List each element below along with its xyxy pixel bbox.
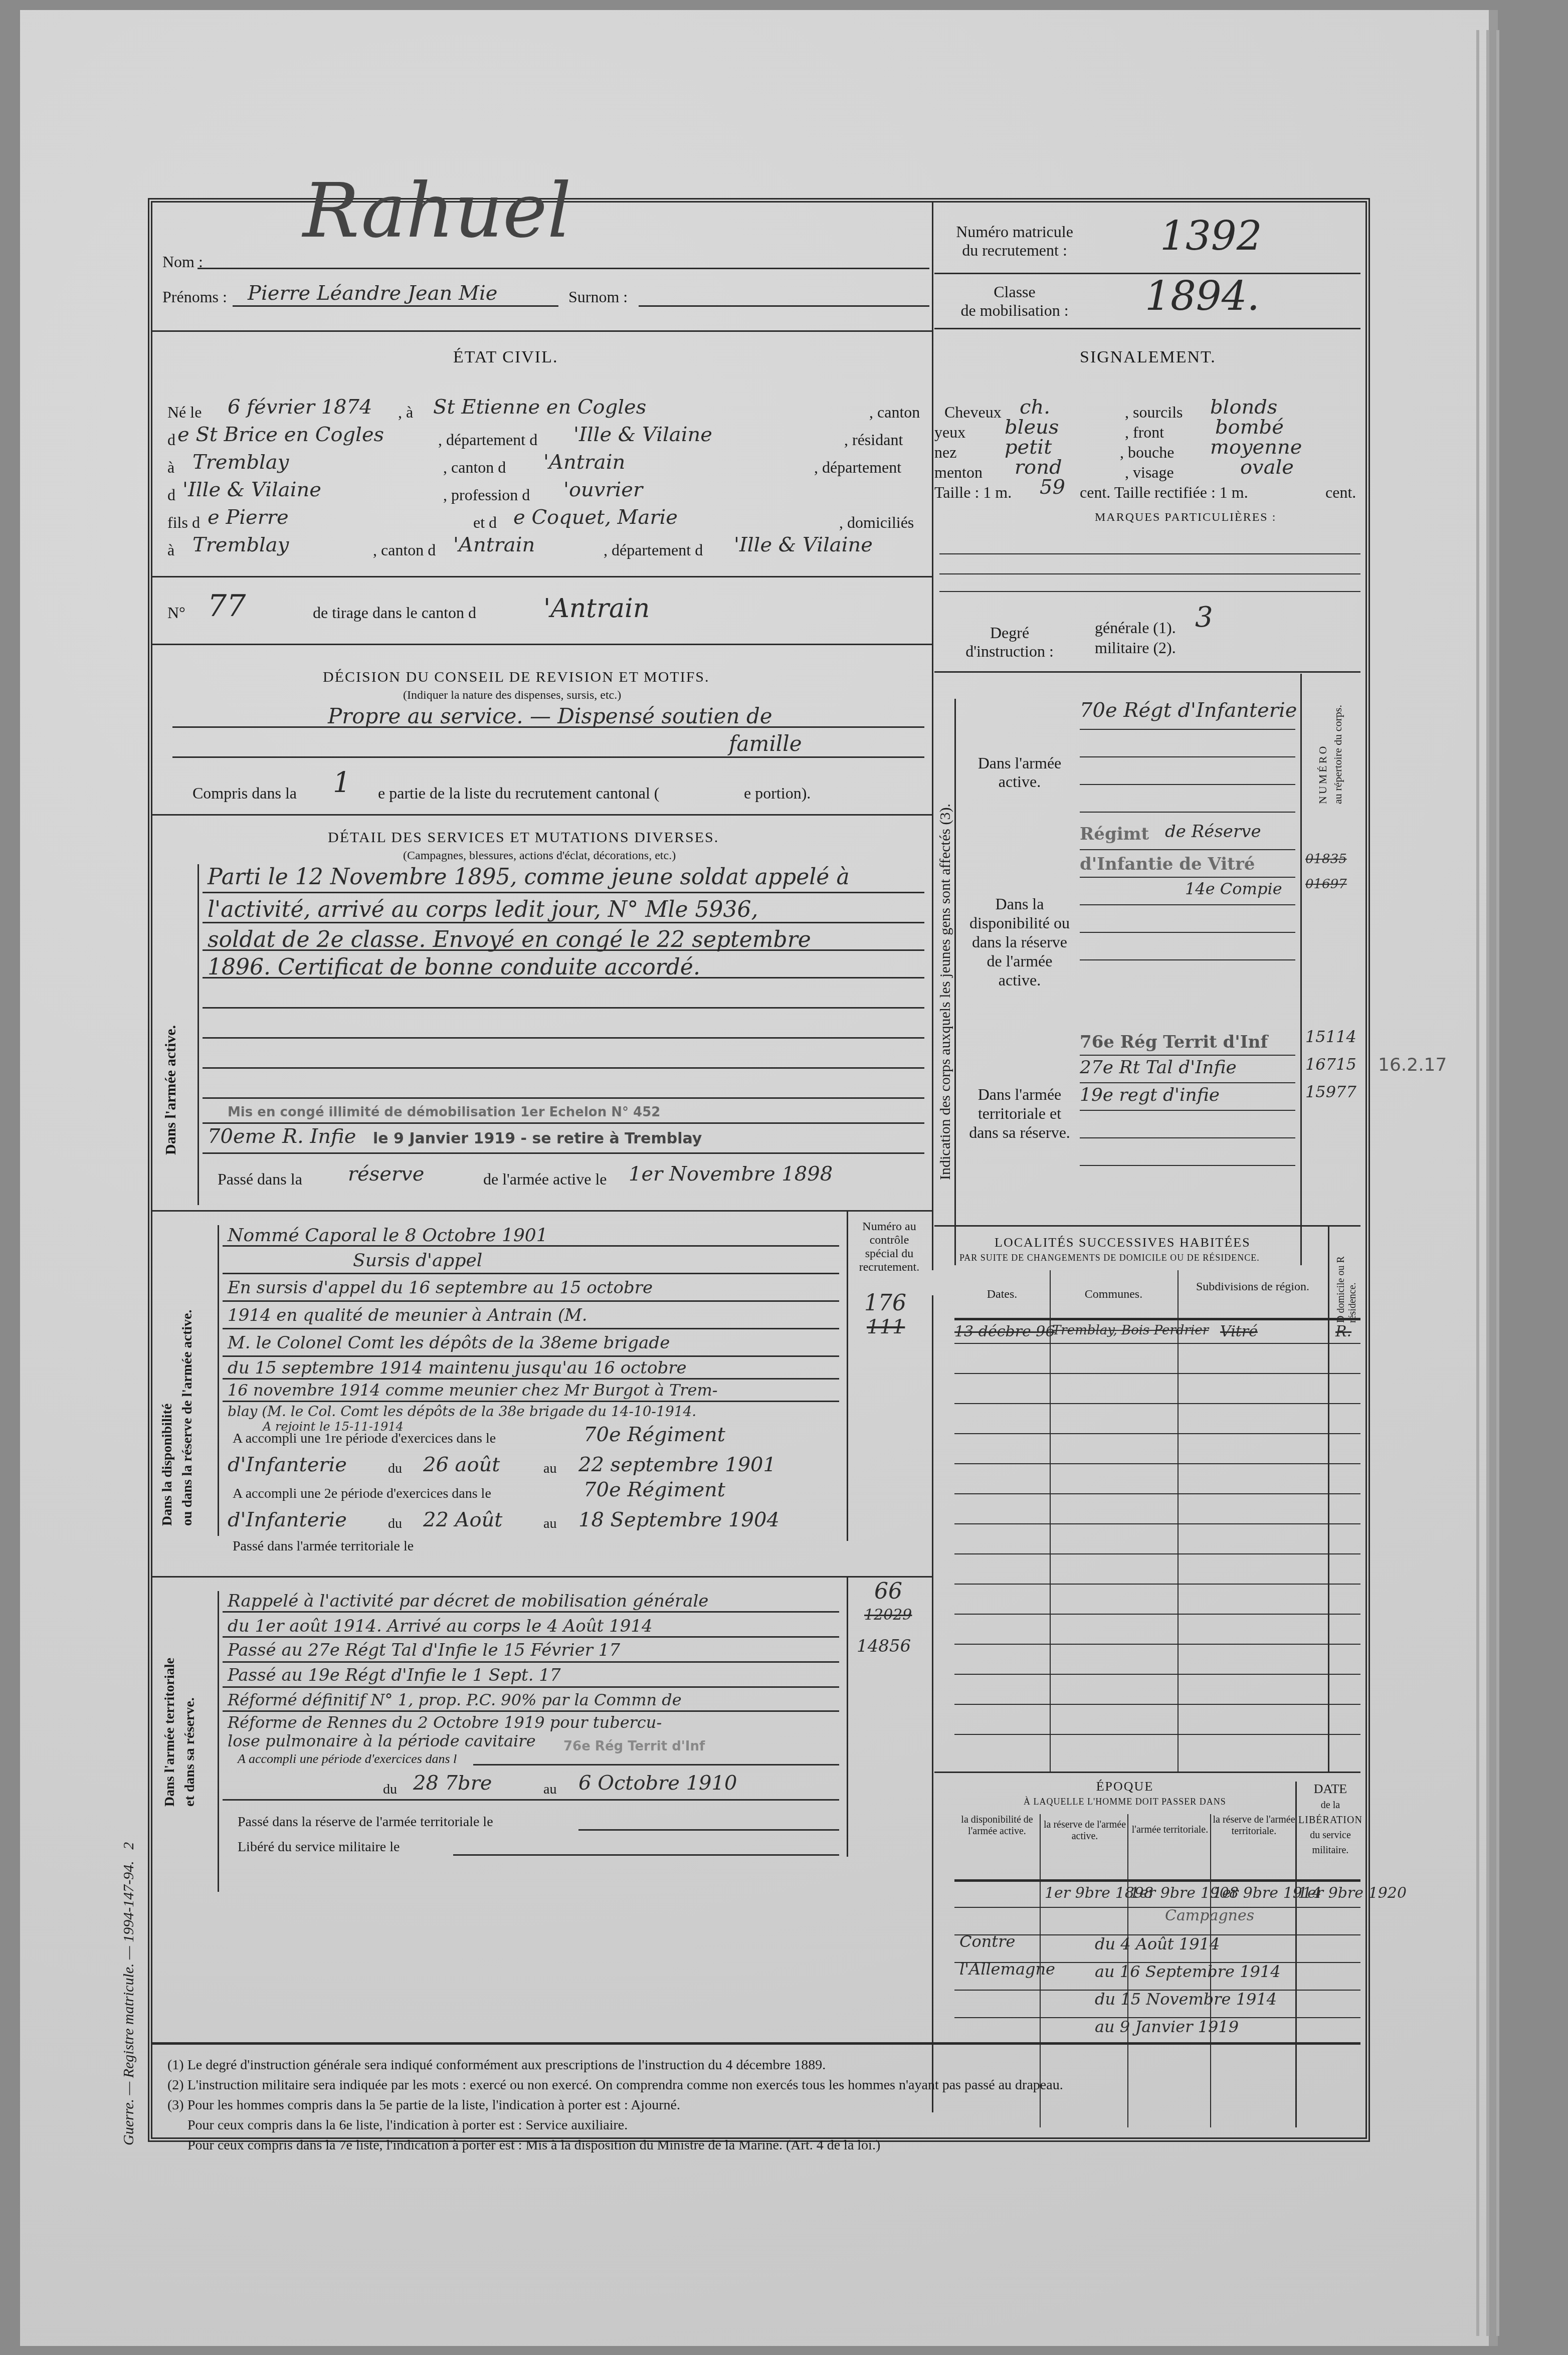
service-line: Parti le 12 Novembre 1895, comme jeune s…	[208, 864, 850, 890]
territoriale-rule	[453, 1854, 839, 1856]
etat-civil-title: ÉTAT CIVIL.	[453, 348, 558, 367]
territoriale-rule	[223, 1611, 839, 1613]
footnote-2: (2) L'instruction militaire sera indiqué…	[167, 2077, 1063, 2093]
profession: 'ouvrier	[563, 478, 643, 501]
territoriale-rule	[473, 1764, 839, 1765]
ne-le-label: Né le	[167, 403, 202, 422]
service-line: 1896. Certificat de bonne conduite accor…	[208, 954, 700, 980]
disponibilite-line: Nommé Caporal le 8 Octobre 1901	[228, 1225, 548, 1246]
page-edge	[1496, 30, 1499, 2336]
a-label: , à	[398, 403, 413, 422]
localites-divider	[934, 1772, 1360, 1773]
corps-territoriale-label: Dans l'armée territoriale et dans sa rés…	[964, 1085, 1075, 1142]
nom-line	[198, 268, 929, 269]
localites-col-subdivisions: Subdivisions de région.	[1178, 1280, 1328, 1294]
repertoire-number: 15977	[1305, 1082, 1356, 1101]
instruction-divider	[934, 671, 1360, 673]
reserve-value: de Réserve	[1165, 822, 1261, 842]
disponibilite-rule	[223, 1300, 839, 1302]
campagne-line: au 9 Janvier 1919	[1095, 2017, 1239, 2036]
au-label: au	[543, 1516, 556, 1532]
departement-label: , département	[814, 458, 901, 477]
corps-rule	[1080, 1137, 1295, 1138]
reserve-territoriale-label: Passé dans la réserve de l'armée territo…	[238, 1814, 493, 1830]
margin-date-note: 16.2.17	[1378, 1055, 1447, 1075]
services-title: DÉTAIL DES SERVICES ET MUTATIONS DIVERSE…	[328, 829, 719, 846]
disponibilite-rule	[223, 1245, 839, 1247]
footnotes-divider	[152, 2042, 1360, 2045]
territoriale-rule	[223, 1799, 839, 1801]
classe-label: Classede mobilisation :	[939, 283, 1090, 320]
numero-controle-divider	[847, 1576, 848, 1857]
service-rule	[203, 1152, 924, 1154]
degre-instruction-label: Degréd'instruction :	[944, 624, 1075, 661]
armee-active-side-label: Dans l'armée active.	[162, 1025, 179, 1155]
prenoms-line	[233, 305, 558, 307]
bouche-label: , bouche	[1120, 443, 1174, 462]
du-label: du	[388, 1516, 402, 1532]
corps-rule	[1080, 849, 1295, 850]
corps-rule	[1080, 1165, 1295, 1166]
campagnes-title: Campagnes	[1165, 1907, 1254, 1924]
epoque-title: ÉPOQUE	[954, 1779, 1295, 1794]
periode1-label: A accompli une 1re période d'exercices d…	[233, 1431, 496, 1447]
corps-side-divider	[954, 699, 956, 1265]
localites-row-rule	[954, 1704, 1360, 1705]
disponibilite-line: 16 novembre 1914 comme meunier chez Mr B…	[228, 1381, 718, 1400]
localites-row-rule	[954, 1373, 1360, 1374]
record-frame: Rahuel Nom : Prénoms : Pierre Léandre Je…	[148, 198, 1370, 2142]
demobilisation-stamp: Mis en congé illimité de démobilisation …	[228, 1105, 660, 1120]
departement-label: , département d	[604, 541, 703, 559]
decision-line	[172, 726, 924, 728]
numero-matricule-value: 1392	[1160, 213, 1262, 259]
cent-label: cent.	[1325, 483, 1356, 502]
departement-naissance: 'Ille & Vilaine	[573, 423, 712, 446]
libere-label: Libéré du service militaire le	[238, 1839, 400, 1855]
service-rule	[203, 977, 924, 978]
taille-label: Taille : 1 m.	[934, 483, 1012, 502]
au-label: au	[543, 1461, 556, 1477]
service-rule	[203, 1007, 924, 1009]
territoriale-rule	[578, 1829, 839, 1831]
generale-label: générale (1).	[1095, 619, 1176, 637]
periode-territoriale-label: A accompli une période d'exercices dans …	[238, 1751, 457, 1767]
territoriale-line: Réformé définitif N° 1, prop. P.C. 90% p…	[228, 1690, 682, 1709]
passe-label: Passé dans la	[218, 1170, 302, 1189]
disponibilite-rule	[223, 1401, 839, 1402]
conseil-divider	[152, 814, 932, 816]
periode2-au: 18 Septembre 1904	[578, 1508, 779, 1531]
localites-col-divider	[1178, 1270, 1179, 1772]
localites-row-rule	[954, 1433, 1360, 1434]
sourcils-label: , sourcils	[1125, 403, 1183, 422]
territorial-regiment-value: 19e regt d'infie	[1080, 1085, 1220, 1105]
numero-tirage: 77	[208, 588, 246, 624]
canton-label: , canton d	[373, 541, 436, 559]
etat-civil-divider	[152, 576, 932, 577]
tirage-label: de tirage dans le canton d	[313, 604, 476, 622]
corps-rule	[1080, 904, 1295, 905]
numero-repertoire-divider	[1300, 674, 1302, 1265]
tirage-divider	[152, 644, 932, 645]
numero-controle-value: 176	[864, 1290, 906, 1316]
territoriale-rule	[223, 1661, 839, 1663]
localites-row-rule	[954, 1734, 1360, 1735]
localites-header-rule	[954, 1318, 1360, 1320]
compagnie-value: 14e Compie	[1185, 879, 1282, 898]
page-edge	[1486, 30, 1489, 2336]
repertoire-number: 01697	[1305, 877, 1347, 892]
territorial-regiment-stamp: 76e Rég Territ d'Inf	[1080, 1032, 1268, 1052]
name-divider	[152, 330, 932, 332]
disponibilite-side-divider	[218, 1225, 219, 1536]
generale-value: 3	[1195, 601, 1213, 634]
au-label: au	[543, 1782, 556, 1798]
localites-row-rule	[954, 1674, 1360, 1675]
territoriale-side-divider	[218, 1591, 219, 1892]
numero-controle-value: 66	[874, 1579, 902, 1604]
nom-label: Nom :	[162, 253, 203, 271]
territoriale-label: Passé dans l'armée territoriale le	[233, 1538, 414, 1554]
service-rule	[203, 922, 924, 923]
campagne-line: du 15 Novembre 1914	[1095, 1990, 1277, 2009]
departement-residence: 'Ille & Vilaine	[182, 478, 321, 501]
footnote-3: (3) Pour les hommes compris dans la 5e p…	[167, 2097, 680, 2113]
militaire-label: militaire (2).	[1095, 639, 1176, 657]
localites-row-rule	[954, 1493, 1360, 1494]
corps-rule	[1080, 1110, 1295, 1111]
disponibilite-rule	[223, 1378, 839, 1380]
localites-col-divider	[1328, 1225, 1329, 1772]
prenoms-value: Pierre Léandre Jean Mie	[248, 282, 497, 305]
periode2-du: 22 Août	[423, 1508, 502, 1531]
periode2-unit: 70e Régiment	[583, 1478, 725, 1501]
de-label: d	[167, 431, 175, 449]
periode1-unit: 70e Régiment	[583, 1423, 725, 1446]
localites-row-rule	[954, 1403, 1360, 1404]
taille-rectifiee-label: cent. Taille rectifiée : 1 m.	[1080, 483, 1248, 502]
numero-repertoire-label: NUMÉROau répertoire du corps.	[1315, 705, 1345, 804]
localites-row-rule	[954, 1463, 1360, 1464]
localite-commune: Tremblay, Bois Perdrier	[1052, 1323, 1209, 1338]
corps-disponibilite-label: Dans la disponibilité ou dans la réserve…	[964, 894, 1075, 990]
register-page: Guerre. — Registre matricule. — 1994-147…	[20, 10, 1498, 2346]
numero-controle-value: 14856	[857, 1636, 911, 1656]
signalement-title: SIGNALEMENT.	[1080, 348, 1216, 367]
service-line: l'activité, arrivé au corps ledit jour, …	[208, 897, 758, 922]
nez-label: nez	[934, 443, 956, 462]
front-label: , front	[1125, 423, 1164, 442]
disponibilite-divider	[152, 1576, 932, 1578]
canton-naissance: e St Brice en Cogles	[177, 423, 384, 446]
canton-residence: 'Antrain	[543, 451, 625, 474]
campagnes-contre: Contre	[959, 1932, 1015, 1951]
services-side-divider	[198, 864, 199, 1205]
disponibilite-rule	[223, 1273, 839, 1274]
page-edge	[1476, 30, 1479, 2336]
territoriale-rule	[223, 1636, 839, 1638]
departement-label: , département d	[438, 431, 537, 449]
menton-label: menton	[934, 463, 983, 482]
footnote-1: (1) Le degré d'instruction générale sera…	[167, 2057, 826, 2073]
epoque-row-rule	[954, 1907, 1360, 1908]
localites-col-dates: Dates.	[954, 1288, 1050, 1301]
residant-label: , résidant	[844, 431, 903, 449]
territoriale-rule	[223, 1710, 839, 1712]
du-label: du	[383, 1782, 397, 1798]
corps-rule	[1080, 959, 1295, 960]
territoriale-line: Passé au 27e Régt Tal d'Infie le 15 Févr…	[228, 1640, 620, 1660]
marques-line	[939, 591, 1360, 592]
marques-line	[939, 573, 1360, 574]
domicile-parents: Tremblay	[192, 533, 289, 556]
domicilies-label: , domiciliés	[839, 513, 914, 532]
decision-line	[172, 756, 924, 758]
epoque-header-rule	[954, 1879, 1360, 1882]
departement-parents: 'Ille & Vilaine	[734, 533, 873, 556]
territoriale-line: Rappelé à l'activité par décret de mobil…	[228, 1591, 708, 1611]
disponibilite-line: En sursis d'appel du 16 septembre au 15 …	[228, 1278, 653, 1298]
footnote-3b: Pour ceux compris dans la 6e liste, l'in…	[187, 2117, 628, 2133]
conseil-revision-subtitle: (Indiquer la nature des dispenses, sursi…	[403, 689, 621, 702]
surnom-line	[639, 305, 929, 307]
localites-row-rule	[954, 1343, 1360, 1344]
territoriale-rule	[223, 1686, 839, 1688]
campagne-line: au 16 Septembre 1914	[1095, 1962, 1281, 1981]
epoque-col-reserve-territoriale: la réserve de l'armée territoriale.	[1213, 1814, 1295, 1837]
du-label: du	[388, 1461, 402, 1477]
passe-label-2: de l'armée active le	[483, 1170, 607, 1189]
localites-col-divider	[1050, 1270, 1051, 1772]
canton-tirage: 'Antrain	[543, 594, 650, 624]
yeux-label: yeux	[934, 423, 965, 442]
disponibilite-rule	[223, 1328, 839, 1329]
no-label: N°	[167, 604, 185, 622]
localites-title: LOCALITÉS SUCCESSIVES HABITÉES	[995, 1235, 1251, 1250]
date-liberation-label: DATEde laLIBÉRATIONdu service militaire.	[1298, 1782, 1363, 1858]
territoriale-line: du 1er août 1914. Arrivé au corps le 4 A…	[228, 1616, 653, 1636]
epoque-divider	[1295, 1782, 1297, 2127]
service-line: soldat de 2e classe. Envoyé en congé le …	[208, 927, 811, 952]
repertoire-number: 16715	[1305, 1055, 1356, 1074]
epoque-col-reserve-active: la réserve de l'armée active.	[1042, 1819, 1127, 1842]
service-rule	[203, 949, 924, 951]
disponibilite-line: 1914 en qualité de meunier à Antrain (M.	[228, 1305, 587, 1325]
corps-divider	[934, 1225, 1360, 1227]
localites-col-communes: Communes.	[1050, 1288, 1178, 1301]
corps-rule	[1080, 729, 1295, 730]
corps-active-value: 70e Régt d'Infanterie	[1080, 699, 1297, 722]
numero-controle-value: 12029	[864, 1606, 912, 1624]
numero-controle-value: 111	[867, 1315, 905, 1338]
service-rule	[203, 1037, 924, 1039]
service-rule	[203, 892, 924, 893]
localites-row-rule	[954, 1584, 1360, 1585]
disponibilite-line: blay (M. le Col. Comt les dépôts de la 3…	[228, 1403, 696, 1420]
corps-active-label: Dans l'armée active.	[964, 754, 1075, 791]
canton-label: , canton d	[443, 458, 506, 477]
territoriale-side-label: Dans l'armée territorialeet dans sa rése…	[160, 1658, 200, 1807]
periode1-unit-2: d'Infanterie	[228, 1453, 347, 1476]
classe-divider	[934, 328, 1360, 329]
surnom-label: Surnom :	[568, 288, 628, 306]
conseil-revision-title: DÉCISION DU CONSEIL DE REVISION ET MOTIF…	[323, 669, 710, 686]
d-label: d	[167, 486, 175, 504]
profession-label: , profession d	[443, 486, 530, 504]
corps-rule	[1080, 784, 1295, 785]
periode1-au: 22 septembre 1901	[578, 1453, 776, 1476]
prenoms-label: Prénoms :	[162, 288, 227, 306]
register-side-label: Guerre. — Registre matricule. — 1994-147…	[120, 1842, 137, 2145]
corps-rule	[1080, 932, 1295, 933]
corps-affectation-side-label: Indication des corps auxquels les jeunes…	[937, 804, 954, 1180]
compris-label: Compris dans la	[192, 784, 297, 803]
numero-controle-label: Numéro au contrôle spécial du recrutemen…	[852, 1220, 927, 1274]
column-divider	[932, 203, 933, 1270]
demobilisation-date-stamp: le 9 Janvier 1919 - se retire à Tremblay	[373, 1130, 702, 1147]
a-label: à	[167, 541, 174, 559]
pere: e Pierre	[208, 506, 289, 529]
canton-label: , canton	[869, 403, 920, 422]
service-rule	[203, 1122, 924, 1124]
corps-rule	[1080, 1055, 1295, 1056]
service-rule	[203, 1097, 924, 1099]
localite-type: R.	[1335, 1323, 1351, 1340]
localites-row-rule	[954, 1644, 1360, 1645]
localites-subtitle: PAR SUITE DE CHANGEMENTS DE DOMICILE OU …	[959, 1253, 1260, 1263]
epoque-col-territoriale: l'armée territoriale.	[1130, 1824, 1210, 1836]
localites-row-rule	[954, 1614, 1360, 1615]
territoriale-line: Passé au 19e Régt d'Infie le 1 Sept. 17	[228, 1665, 561, 1685]
passe-date: 1er Novembre 1898	[629, 1162, 833, 1186]
partie-value: 1	[333, 766, 351, 799]
a-label: à	[167, 458, 174, 477]
localites-row-rule	[954, 1553, 1360, 1554]
column-divider-lower	[932, 1295, 933, 2112]
localite-date: 13 décbre 96	[954, 1323, 1055, 1340]
service-rule	[203, 1067, 924, 1069]
vitre-stamp: d'Infantie de Vitré	[1080, 854, 1255, 874]
corps-rule	[1080, 812, 1295, 813]
repertoire-number: 15114	[1305, 1027, 1356, 1046]
classe-value: 1894.	[1145, 273, 1260, 319]
periode-territoriale-du: 28 7bre	[413, 1772, 492, 1795]
et-label: et d	[473, 513, 497, 532]
cheveux-label: Cheveux	[944, 403, 1002, 422]
visage-label: , visage	[1125, 463, 1174, 482]
fils-label: fils d	[167, 513, 200, 532]
periode2-label: A accompli une 2e période d'exercices da…	[233, 1486, 491, 1502]
demobilisation-regiment: 70eme R. Infie	[208, 1125, 356, 1148]
periode1-du: 26 août	[423, 1453, 500, 1476]
territorial-regiment-value: 27e Rt Tal d'Infie	[1080, 1057, 1237, 1078]
numero-matricule-label: Numéro matriculedu recrutement :	[939, 223, 1090, 260]
periode-territoriale-au: 6 Octobre 1910	[578, 1772, 737, 1795]
footnote-3c: Pour ceux compris dans la 7e liste, l'in…	[187, 2137, 880, 2153]
epoque-subtitle: À LAQUELLE L'HOMME DOIT PASSER DANS	[954, 1797, 1295, 1807]
surname-value: Rahuel	[303, 167, 571, 255]
disponibilite-side-label: Dans la disponibilitéou dans la réserve …	[157, 1309, 198, 1526]
decision-line-2: famille	[729, 731, 802, 756]
disponibilite-rule	[223, 1355, 839, 1357]
marques-line	[939, 553, 1360, 554]
taille-value: 59	[1040, 476, 1065, 499]
numero-controle-divider	[847, 1210, 848, 1541]
services-divider	[152, 1210, 932, 1212]
epoque-col-disponibilite: la disponibilité de l'armée active.	[954, 1814, 1040, 1837]
localite-subdivision: Vitré	[1220, 1323, 1258, 1340]
lieu-naissance: St Etienne en Cogles	[433, 396, 646, 419]
partie-label: e partie de la liste du recrutement cant…	[378, 784, 660, 803]
passe-value: réserve	[348, 1162, 424, 1186]
repertoire-number: 01835	[1305, 852, 1347, 867]
marques-label: MARQUES PARTICULIÈRES :	[1095, 511, 1276, 524]
localites-col-type: D domicile ou R résidence.	[1335, 1233, 1358, 1323]
visage-value: ovale	[1240, 456, 1294, 479]
corps-rule	[1080, 1082, 1295, 1083]
disponibilite-line: M. le Colonel Comt les dépôts de la 38em…	[228, 1333, 670, 1353]
services-subtitle: (Campagnes, blessures, actions d'éclat, …	[403, 849, 676, 863]
corps-rule	[1080, 877, 1295, 878]
residence: Tremblay	[192, 451, 289, 474]
periode2-unit-2: d'Infanterie	[228, 1508, 347, 1531]
portion-label: e portion).	[744, 784, 811, 803]
disponibilite-line: Sursis d'appel	[353, 1250, 482, 1271]
reserve-stamp: Régimt	[1080, 824, 1149, 844]
disponibilite-line: du 15 septembre 1914 maintenu jusqu'au 1…	[228, 1358, 687, 1378]
campagne-line: du 4 Août 1914	[1095, 1934, 1220, 1953]
territoriale-stamp: 76e Rég Territ d'Inf	[563, 1739, 705, 1754]
territoriale-line: Réforme de Rennes du 2 Octobre 1919 pour…	[228, 1713, 662, 1732]
territoriale-line: lose pulmonaire à la période cavitaire	[228, 1731, 536, 1750]
date-liberation-value: 1er 9bre 1920	[1298, 1884, 1407, 1902]
canton-parents: 'Antrain	[453, 533, 535, 556]
corps-rule	[1080, 756, 1295, 757]
mere: e Coquet, Marie	[513, 506, 678, 529]
decision-line-1: Propre au service. — Dispensé soutien de	[328, 704, 772, 728]
date-naissance: 6 février 1874	[228, 396, 372, 419]
localites-row-rule	[954, 1523, 1360, 1524]
